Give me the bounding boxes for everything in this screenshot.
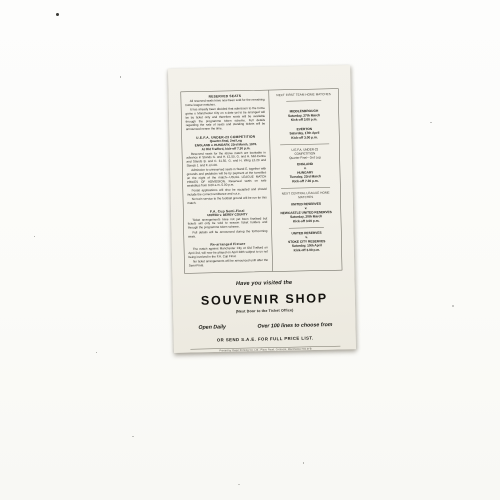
divider xyxy=(289,227,324,228)
dust-speck xyxy=(303,462,304,464)
dust-speck xyxy=(34,236,35,237)
ticket-news-left-column: RESERVED SEATS All reserved seats have n… xyxy=(181,90,273,273)
dust-speck xyxy=(238,484,240,485)
sae-line: OR SEND S.A.E. FOR FULL PRICE LIST. xyxy=(186,335,345,343)
programme-page-content: RESERVED SEATS All reserved seats have n… xyxy=(168,65,356,353)
divider xyxy=(281,187,330,189)
uefa-paragraph: Reserved seats for the above match are b… xyxy=(186,151,266,168)
match-kickoff: Kick-off 3.00 p.m. xyxy=(275,248,338,254)
uefa-kickoff: Kick-off 7.30 p.m. xyxy=(274,179,337,185)
semi-final-paragraph: Ticket arrangements have not yet been fi… xyxy=(188,217,268,230)
central-league-match: UNITED RESERVES v. NEWCASTLE UNITED RESE… xyxy=(274,202,337,225)
dust-speck xyxy=(120,76,121,78)
rearranged-fixture-paragraph: No ticket arrangements will be announced… xyxy=(189,259,269,268)
match-kickoff: Kick-off 3.00 p.m. xyxy=(273,135,336,141)
souvenir-shop-advert: Have you visited the SOUVENIR SHOP (Next… xyxy=(184,270,345,353)
reserved-seats-paragraph: It has already been decided that admissi… xyxy=(185,107,265,132)
central-league-match: UNITED RESERVES v. STOKE CITY RESERVES S… xyxy=(275,231,338,254)
dust-speck xyxy=(96,352,97,353)
first-team-match: EVERTON Saturday, 17th April Kick-off 3.… xyxy=(273,127,336,141)
uefa-paragraph: Admission to unreserved seats in Stand E… xyxy=(187,168,267,189)
divider xyxy=(286,100,321,101)
photo-background: RESERVED SEATS All reserved seats have n… xyxy=(0,0,500,500)
lines-label: Over 100 lines to choose from xyxy=(257,321,332,329)
first-team-matches-heading: NEXT FIRST TEAM HOME MATCHES xyxy=(272,92,335,97)
advert-intro: Have you visited the xyxy=(185,278,344,287)
uefa-paragraph: No train service to the football ground … xyxy=(187,197,267,206)
open-daily-label: Open Daily xyxy=(198,324,226,331)
dust-speck xyxy=(132,436,134,437)
shop-name: SOUVENIR SHOP xyxy=(185,291,344,309)
match-kickoff: Kick-off 3.00 p.m. xyxy=(275,219,338,225)
dust-speck xyxy=(452,305,454,307)
programme-page: RESERVED SEATS All reserved seats have n… xyxy=(168,65,356,353)
semi-final-paragraph: Full details will be announced during th… xyxy=(188,230,268,239)
ticket-news-box: RESERVED SEATS All reserved seats have n… xyxy=(181,88,343,273)
dust-speck xyxy=(430,122,432,123)
fixtures-right-column: NEXT FIRST TEAM HOME MATCHES MIDDLESBROU… xyxy=(269,89,342,271)
rearranged-fixture-paragraph: The match against Manchester City at Old… xyxy=(188,247,268,260)
divider xyxy=(280,143,329,145)
uefa-fixture: U.E.F.A. UNDER-23 COMPETITION Quarter-Fi… xyxy=(273,147,337,184)
shop-opening-row: Open Daily Over 100 lines to choose from xyxy=(185,321,344,330)
dust-speck xyxy=(56,13,59,16)
